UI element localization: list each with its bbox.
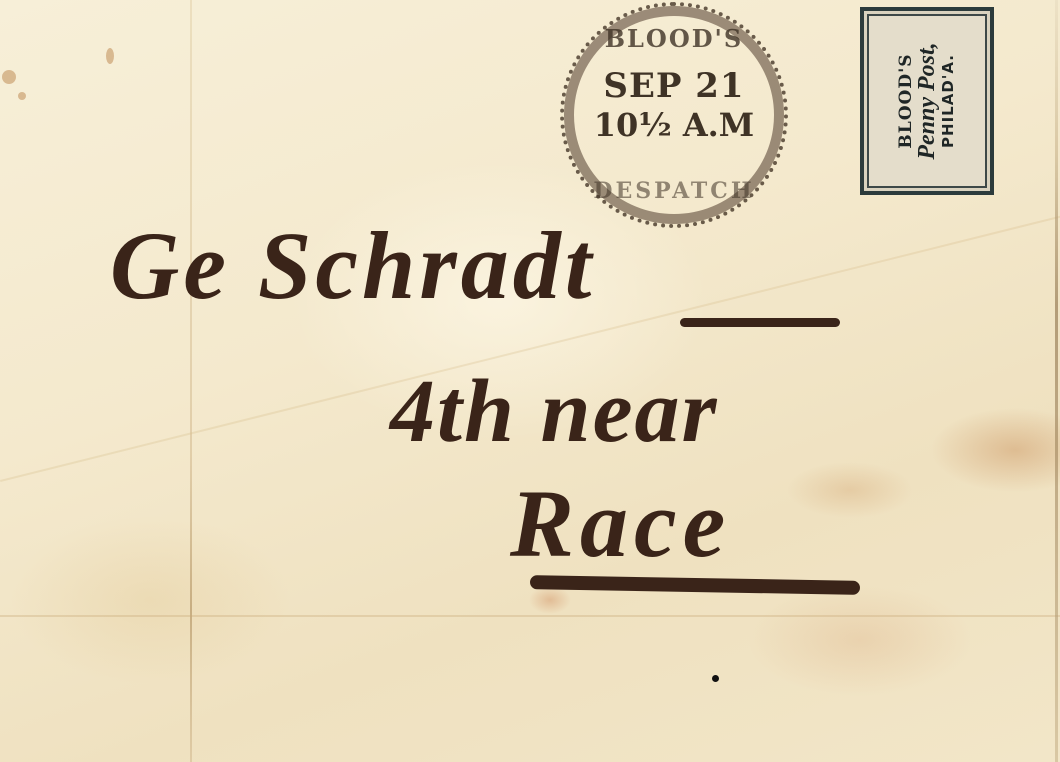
foxing-stain — [2, 70, 16, 84]
underline-stroke — [530, 575, 860, 595]
postmark-time: 10½ A.M — [564, 106, 784, 144]
foxing-stain — [106, 48, 114, 64]
address-line-3: Race — [510, 468, 731, 579]
postmark-bottom-text: DESPATCH — [564, 178, 784, 204]
stamp-line-1: BLOOD'S — [898, 53, 916, 148]
stamp-line-2: Penny Post, — [915, 42, 940, 159]
postmark: BLOOD'S SEP 21 10½ A.M DESPATCH — [560, 2, 788, 228]
postage-stamp: BLOOD'S Penny Post, PHILAD'A. — [860, 7, 994, 195]
postmark-date: SEP 21 — [564, 66, 784, 106]
address-line-2: 4th near — [390, 360, 719, 463]
fold-crease-horizontal — [0, 615, 1060, 617]
flourish-stroke — [680, 318, 840, 327]
stamp-line-3: PHILAD'A. — [941, 54, 957, 148]
postal-cover: BLOOD'S SEP 21 10½ A.M DESPATCH BLOOD'S … — [0, 0, 1060, 762]
postmark-top-text: BLOOD'S — [564, 24, 784, 53]
ink-dot — [712, 675, 719, 682]
paper-edge — [1055, 0, 1058, 762]
address-line-1: Ge Schradt — [110, 210, 595, 321]
foxing-stain — [18, 92, 26, 100]
fold-crease-vertical — [190, 0, 192, 762]
